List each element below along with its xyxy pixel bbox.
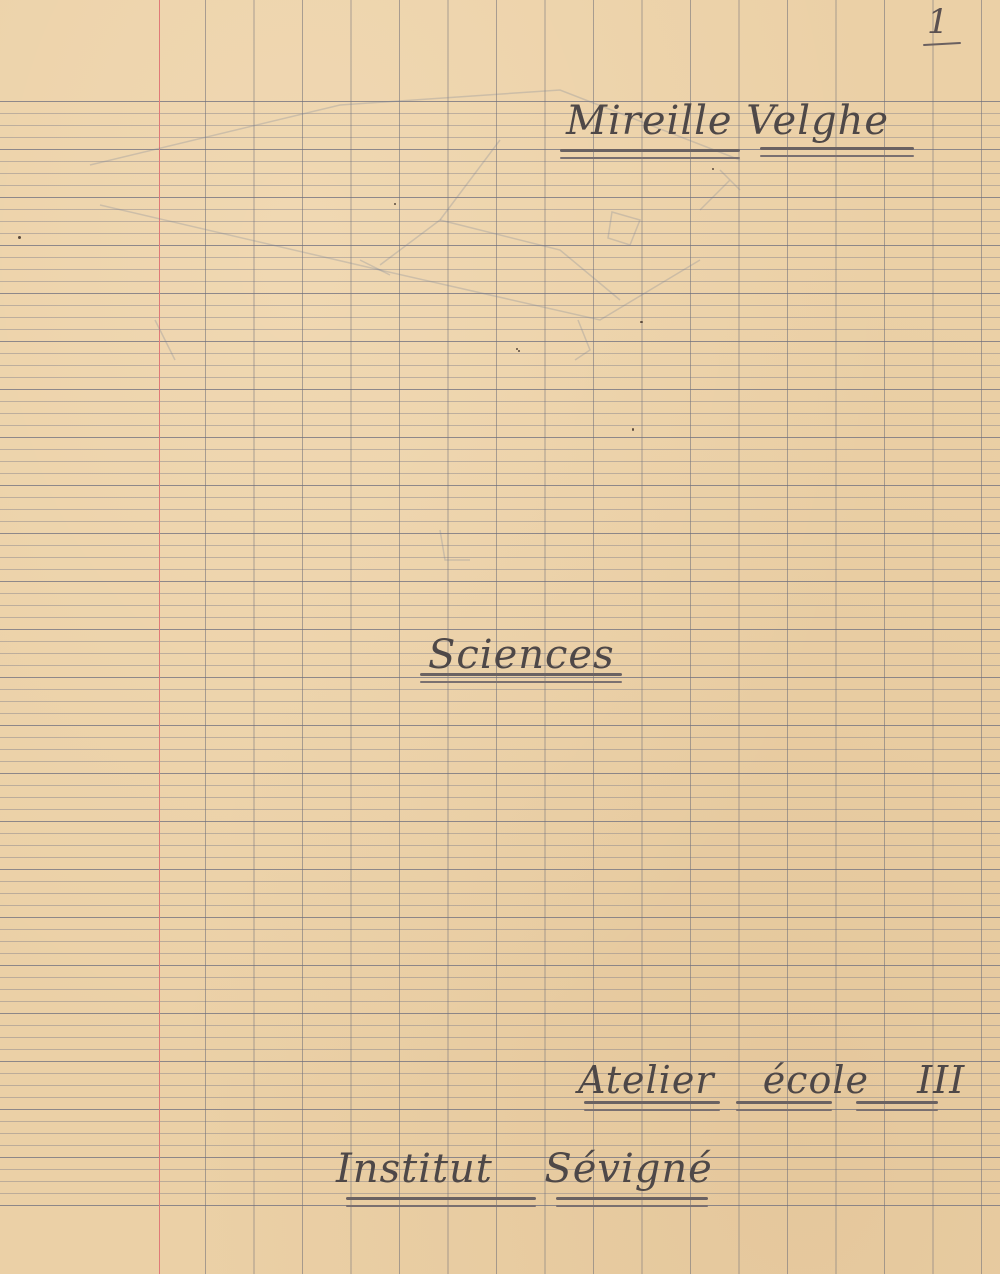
subject-title: Sciences — [428, 632, 615, 678]
notebook-page: 1 Mireille Velghe Sciences Atelier école… — [0, 0, 1000, 1274]
class-underline-atelier — [584, 1101, 720, 1113]
class-line: Atelier école III — [578, 1058, 965, 1102]
class-numeral: III — [917, 1058, 965, 1102]
institution-word-institut: Institut — [336, 1146, 493, 1192]
student-name-text: Mireille Velghe — [566, 98, 889, 144]
name-underline-last — [760, 147, 914, 159]
institution-underline-institut — [346, 1197, 536, 1209]
paper-speck — [712, 168, 714, 170]
page-number: 1 — [927, 2, 949, 42]
name-underline-first — [560, 149, 740, 161]
paper-speck — [18, 236, 21, 239]
subject-title-text: Sciences — [428, 632, 615, 678]
paper-speck — [516, 348, 518, 350]
student-name: Mireille Velghe — [566, 98, 889, 144]
subject-underline — [420, 673, 622, 685]
paper-speck — [632, 428, 634, 431]
paper-speck — [640, 321, 643, 323]
class-word-ecole: école — [763, 1058, 869, 1102]
red-margin-line — [159, 0, 160, 1274]
paper-speck — [518, 350, 520, 352]
institution-line: Institut Sévigné — [336, 1146, 713, 1192]
class-underline-numeral — [856, 1101, 938, 1113]
institution-underline-sevigne — [556, 1197, 708, 1209]
class-underline-ecole — [736, 1101, 832, 1113]
paper-speck — [394, 203, 396, 205]
institution-word-sevigne: Sévigné — [544, 1146, 713, 1192]
class-word-atelier: Atelier — [578, 1058, 715, 1102]
